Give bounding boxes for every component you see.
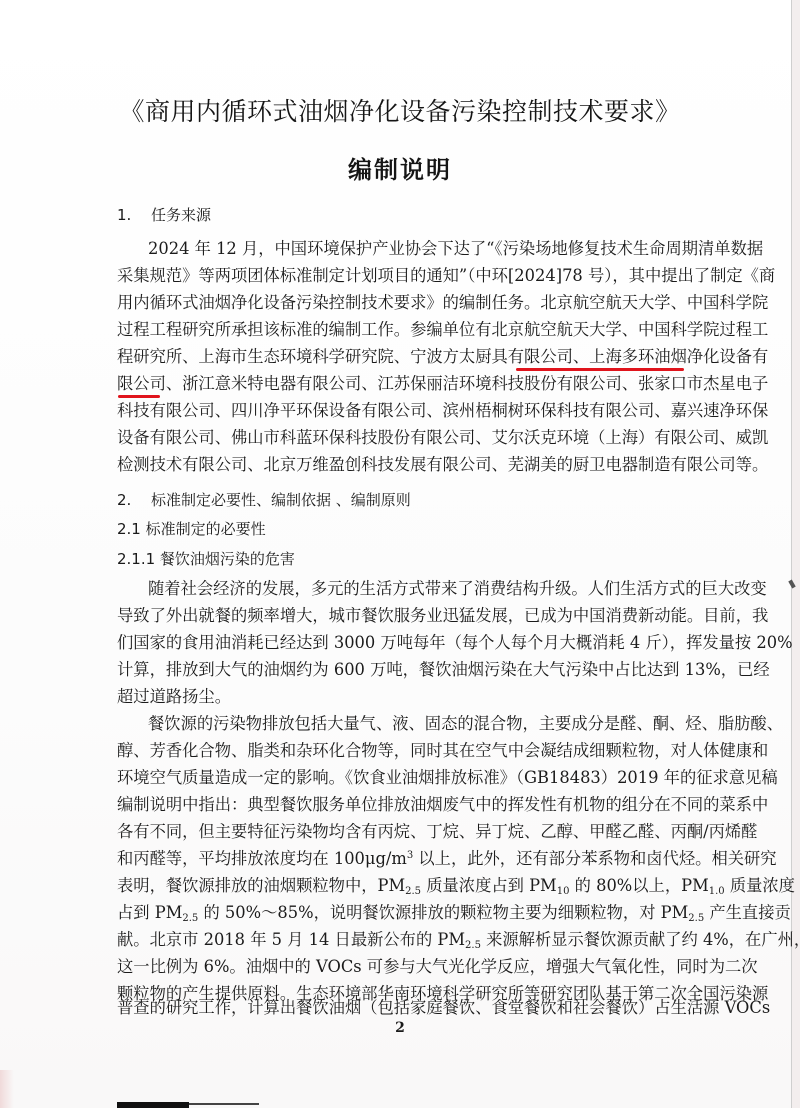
text-segment: 的 80%以上，PM: [569, 876, 708, 895]
text-segment: 来源解析显示餐饮源贡献了约 4%，在广州，: [481, 930, 800, 949]
document-title: 《商用内循环式油烟净化设备污染控制技术要求》: [0, 92, 800, 128]
subscript: 1.0: [709, 886, 725, 897]
text-segment: 程研究所、上海市生态环境科学研究院、宁波方太厨具有限公司、: [117, 347, 589, 366]
text-line: 2024 年 12 月，中国环境保护产业协会下达了“《污染场地修复技术生命周期清…: [148, 238, 683, 260]
text-segment: 以上，此外，还有部分苯系物和卤代烃。相关研究: [413, 849, 776, 868]
text-segment: 、浙江意米特电器有限公司、江苏保丽洁环境科技股份有限公司、张家口市杰星电子: [166, 374, 768, 393]
text-line: 设备有限公司、佛山市科蓝环保科技股份有限公司、艾尔沃克环境（上海）有限公司、威凯: [117, 427, 683, 449]
text-segment: 献。北京市 2018 年 5 月 14 日最新公布的 PM: [117, 930, 465, 949]
subscript: 10: [557, 886, 570, 897]
text-line: 科技有限公司、四川净平环保设备有限公司、滨州梧桐树环保科技有限公司、嘉兴速净环保: [117, 400, 683, 422]
subscript: 2.5: [688, 913, 704, 924]
text-line: 环境空气质量造成一定的影响。《饮食业油烟排放标准》（GB18483）2019 年…: [117, 767, 683, 789]
text-line: 用内循环式油烟净化设备污染控制技术要求》的编制任务。北京航空航天大学、中国科学院: [117, 292, 683, 314]
subscript: 2.5: [182, 913, 198, 924]
subsection-heading: 2.1.1 餐饮油烟污染的危害: [117, 548, 295, 569]
text-line: 超过道路扬尘。: [117, 686, 683, 708]
text-segment: 和丙醛等，平均排放浓度均在 100μg/m: [117, 849, 407, 868]
subscript: 2.5: [405, 886, 421, 897]
scan-corner-tint: [0, 1070, 14, 1108]
page-number: 2: [0, 1020, 800, 1036]
red-pen-underline: [118, 395, 160, 398]
document-subtitle: 编制说明: [0, 150, 800, 185]
section-2-heading: 2.标准制定必要性、编制依据 、编制原则: [117, 489, 411, 510]
subsection-heading: 2.1 标准制定的必要性: [117, 518, 266, 539]
text-line: 采集规范》等两项团体标准制定计划项目的通知”（中环[2024]78 号），其中提…: [117, 265, 683, 287]
text-line: 和丙醛等，平均排放浓度均在 100μg/m3 以上，此外，还有部分苯系物和卤代烃…: [117, 848, 777, 870]
text-segment: 的 50%～85%，说明餐饮源排放的颗粒物主要为细颗粒物，对 PM: [198, 903, 688, 922]
text-line: 这一比例为 6%。油烟中的 VOCs 可参与大气光化学反应，增强大气氧化性，同时…: [117, 956, 683, 978]
section-title: 任务来源: [151, 206, 211, 224]
text-line: 检测技术有限公司、北京万维盈创科技发展有限公司、芜湖美的厨卫电器制造有限公司等。: [117, 454, 683, 476]
text-segment: 产生直接贡: [704, 903, 791, 922]
text-line: 醇、芳香化合物、脂类和杂环化合物等，同时其在空气中会凝结成细颗粒物，对人体健康和: [117, 740, 683, 762]
section-number: 1.: [117, 206, 151, 224]
subscript: 2.5: [465, 940, 481, 951]
scan-artifact-bar: [117, 1102, 189, 1108]
section-title: 标准制定必要性、编制依据 、编制原则: [151, 491, 411, 509]
text-line: 献。北京市 2018 年 5 月 14 日最新公布的 PM2.5 来源解析显示餐…: [117, 929, 800, 951]
text-line: 普查的研究工作，计算出餐饮油烟（包括家庭餐饮、食堂餐饮和社会餐饮）占生活源 VO…: [117, 997, 683, 1019]
text-segment: 表明，餐饮源排放的油烟颗粒物中，PM: [117, 876, 405, 895]
text-segment: 占到 PM: [117, 903, 182, 922]
text-line: 编制说明中指出：典型餐饮服务单位排放油烟废气中的挥发性有机物的组分在不同的菜系中: [117, 794, 683, 816]
text-line: 随着社会经济的发展，多元的生活方式带来了消费结构升级。人们生活方式的巨大改变: [148, 578, 683, 600]
text-line-with-highlight: 限公司、浙江意米特电器有限公司、江苏保丽洁环境科技股份有限公司、张家口市杰星电子: [117, 373, 768, 395]
text-line: 表明，餐饮源排放的油烟颗粒物中，PM2.5 质量浓度占到 PM10 的 80%以…: [117, 875, 795, 897]
red-pen-underline: [516, 368, 684, 371]
text-line: 计算，排放到大气的油烟约为 600 万吨，餐饮油烟污染在大气污染中占比达到 13…: [117, 659, 683, 681]
text-segment: 质量浓度: [725, 876, 795, 895]
section-number: 2.: [117, 491, 151, 509]
text-line: 占到 PM2.5 的 50%～85%，说明餐饮源排放的颗粒物主要为细颗粒物，对 …: [117, 902, 791, 924]
text-line-with-highlight: 程研究所、上海市生态环境科学研究院、宁波方太厨具有限公司、上海多环油烟净化设备有: [117, 346, 768, 368]
text-segment: 质量浓度占到 PM: [421, 876, 557, 895]
text-line: 各有不同，但主要特征污染物均含有丙烷、丁烷、异丁烷、乙醇、甲醛乙醛、丙酮/丙烯醛: [117, 821, 683, 843]
highlighted-company-name: 上海多环油烟净化设备有: [589, 347, 768, 366]
text-line: 们国家的食用油消耗已经达到 3000 万吨每年（每个人每个月大概消耗 4 斤），…: [117, 632, 683, 654]
text-line: 过程工程研究所承担该标准的编制工作。参编单位有北京航空航天大学、中国科学院过程工: [117, 319, 683, 341]
text-line: 导致了外出就餐的频率增大，城市餐饮服务业迅猛发展，已成为中国消费新动能。目前，我: [117, 605, 683, 627]
section-1-heading: 1.任务来源: [117, 204, 211, 225]
text-line: 餐饮源的污染物排放包括大量气、液、固态的混合物，主要成分是醛、酮、烃、脂肪酸、: [148, 713, 683, 735]
highlighted-company-name: 限公司: [117, 374, 166, 393]
scan-artifact-line: [189, 1103, 259, 1105]
